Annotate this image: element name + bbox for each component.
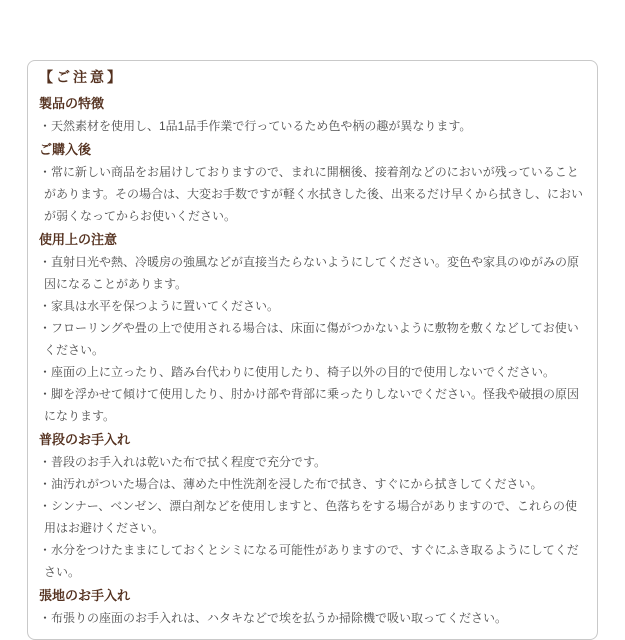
section-heading: ご購入後 [39,139,588,161]
notice-box: 【ご注意】 製品の特徴 ・天然素材を使用し、1品1品手作業で行っているため色や柄… [27,60,598,640]
section-upholstery-care: 張地のお手入れ ・布張りの座面のお手入れは、ハタキなどで埃を払うか掃除機で吸い取… [39,585,588,629]
notice-item: ・家具は水平を保つように置いてください。 [39,295,588,317]
notice-item: ・シンナー、ベンゼン、漂白剤などを使用しますと、色落ちをする場合がありますので、… [39,495,588,539]
section-heading: 普段のお手入れ [39,429,588,451]
page: 【ご注意】 製品の特徴 ・天然素材を使用し、1品1品手作業で行っているため色や柄… [0,0,625,585]
section-after-purchase: ご購入後 ・常に新しい商品をお届けしておりますので、まれに開梱後、接着剤などのに… [39,139,588,227]
notice-item: ・油汚れがついた場合は、薄めた中性洗剤を浸した布で拭き、すぐにから拭きしてくださ… [39,473,588,495]
notice-item: ・フローリングや畳の上で使用される場合は、床面に傷がつかないように敷物を敷くなど… [39,317,588,361]
notice-title: 【ご注意】 [39,65,588,89]
notice-item: ・直射日光や熱、冷暖房の強風などが直接当たらないようにしてください。変色や家具の… [39,251,588,295]
notice-item: ・常に新しい商品をお届けしておりますので、まれに開梱後、接着剤などのにおいが残っ… [39,161,588,227]
section-heading: 張地のお手入れ [39,585,588,607]
section-usage-cautions: 使用上の注意 ・直射日光や熱、冷暖房の強風などが直接当たらないようにしてください… [39,229,588,427]
section-heading: 製品の特徴 [39,93,588,115]
section-product-features: 製品の特徴 ・天然素材を使用し、1品1品手作業で行っているため色や柄の趣が異なり… [39,93,588,137]
notice-item: ・布張りの座面のお手入れは、ハタキなどで埃を払うか掃除機で吸い取ってください。 [39,607,588,629]
notice-item: ・天然素材を使用し、1品1品手作業で行っているため色や柄の趣が異なります。 [39,115,588,137]
section-daily-care: 普段のお手入れ ・普段のお手入れは乾いた布で拭く程度で充分です。 ・油汚れがつい… [39,429,588,583]
section-heading: 使用上の注意 [39,229,588,251]
notice-item: ・座面の上に立ったり、踏み台代わりに使用したり、椅子以外の目的で使用しないでくだ… [39,361,588,383]
notice-item: ・水分をつけたままにしておくとシミになる可能性がありますので、すぐにふき取るよう… [39,539,588,583]
notice-item: ・脚を浮かせて傾けて使用したり、肘かけ部や背部に乗ったりしないでください。怪我や… [39,383,588,427]
notice-item: ・普段のお手入れは乾いた布で拭く程度で充分です。 [39,451,588,473]
